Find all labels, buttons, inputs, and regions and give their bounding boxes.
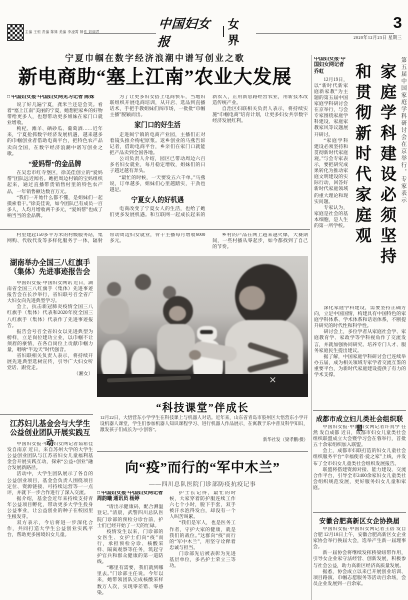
photo-caption: 12月22日，大悟营东小学学生在科技课上与机器人对话。近年来，山东省青岛市胶州区…: [100, 415, 308, 435]
section-title: 女界: [228, 16, 254, 48]
qr-code: [7, 24, 24, 41]
lead-article-body: □ 中国妇女报·中国妇女网见习记者 陈姝说了好几遍宁夏，龚米兰还是会笑。看着“塞…: [7, 95, 308, 226]
paragraph: 中国妇女报·中国妇女网记者茹希佳 发自南京 近日，来自苏州大学的大学生公益创业团…: [7, 442, 93, 472]
photo-credit: 新华社发（梁孝鹏/摄）: [100, 437, 308, 443]
divider: [97, 451, 308, 452]
photo-tape-x: ✕: [269, 376, 277, 386]
masthead: 中国妇女报 女界: [158, 24, 254, 39]
photo-shape: [239, 286, 265, 310]
paragraph: 据介绍，基金会近年来持续支持青年公益项目孵化，带动更多大学生投身公益事业，让公益…: [7, 497, 93, 521]
sub-headline: 宁夏女人的好机遇: [110, 197, 206, 205]
divider: [0, 414, 93, 415]
masthead-logo: 中国妇女报: [157, 14, 220, 50]
news-photo: ✕: [97, 256, 308, 397]
hunan-article-body: 中国妇女报·中国妇女网讯 近日，湖南省全国三八红旗手（集体）先进事迹报告会在长沙…: [7, 281, 93, 407]
hunan-headline: 湖南举办全国三八红旗手（集体）先进事迹报告会: [7, 258, 93, 277]
byline: 中国妇女报·中国妇女网记者 乔虹: [314, 57, 348, 76]
paragraph: 公司负责人介绍，园区已带动周边六百多名妇女就业，每月稳定增收，姐妹们的日子越过越…: [110, 157, 206, 175]
photo-caption-title: “科技课堂”伴成长: [97, 400, 308, 415]
paragraph: 据悉，协会成立以来已开展创业培训、项目路演、巾帼志愿服务等活动百余场，会员企业发…: [313, 570, 406, 588]
paragraph: 深化家庭学科建设，需要坚持正确方向，立足中国国情，构建具有中国特色的家庭学科体系…: [314, 306, 406, 330]
byline: □ 中国妇女报·中国妇女网见习记者 陈姝: [7, 95, 103, 101]
paragraph: 报告会号召全省妇女以先进典型为榜样，立足岗位建功立业，以巾帼不让须眉的豪情，在各…: [7, 330, 93, 354]
family-article-body-wide: 深化家庭学科建设，需要坚持正确方向，立足中国国情，构建具有中国特色的家庭学科体系…: [314, 306, 406, 406]
page-date: 2020年12月23日 星期三: [298, 35, 402, 41]
paragraph: 活动中，大学生团队展示了各自的公益创业项目，基金会负责人围绕项目定位、资源链接、…: [7, 472, 93, 496]
family-headline-vertical: 家庭学科建设必须坚持和贯彻新时代家庭观: [349, 63, 399, 269]
divider: [0, 229, 310, 230]
paragraph: 枸杞、滩羊、硒砂瓜、葡萄酒……近年来，宁夏抢抓数字经济发展机遇，越来越多的巾帼创…: [7, 127, 103, 157]
photo-shape: [99, 298, 129, 334]
photo-shape: [189, 350, 201, 360]
lead-headline: 新电商助“塞上江南”农业大发展: [0, 62, 310, 89]
paragraph: 说了好几遍宁夏，龚米兰还是会笑。看着“塞上江南”美丽的宁夏，她想把家乡的好物带给…: [7, 103, 103, 127]
paragraph: 中国妇女报·中国妇女网讯 近日，湖南省全国三八红旗手（集体）先进事迹报告会在长沙…: [7, 281, 93, 305]
mulan-headline: 向“疫”而行的“军中木兰”: [97, 456, 308, 476]
paragraph: “最忙的时候，一天要发五六千单。”马燕说，订单越多，姐妹们心里越踏实，干劲也越足…: [110, 176, 206, 194]
paragraph: 12月19日，以“新时代新家庭新家教”为主题的第五届中国家庭学科研讨会在京举行，…: [314, 78, 348, 139]
hefei-headline: 安徽合肥高新区女企协换届: [313, 516, 406, 525]
chengdu-article-body: 中国妇女报·中国妇女网记者许真学 任然 发自成都 近日，成都市妇女儿童类社会组织…: [313, 425, 406, 509]
paragraph: 走进闽宁镇的电商产业园，主播们正对着镜头推介枸杞原浆。返乡创业的马燕告诉记者，借…: [110, 133, 206, 157]
byline: □ 中国妇女报·中国妇女网记者 周韵曦 通讯员 杨婷: [97, 491, 163, 504]
masthead-divider: [223, 26, 224, 37]
paragraph: 研讨会上，多位学者从家庭社会学、家庭教育学、家政学等学科视角作了交流发言，并就加…: [314, 330, 406, 354]
lead-article-body-continued: 村里建起150多平方米的村级服务站，集网购、代收代发等多样化服务于一体，辐射带动…: [7, 233, 308, 253]
paragraph: 在吴忠市红寺堡区，徐美佳创立的“爱妈帮”团队远近闻名。她把周边村镇的宝妈组织起来…: [7, 171, 103, 195]
family-kicker-vertical: 第五届中国家庭学科研讨会在京举行，专家表示: [399, 57, 407, 269]
paragraph: 会上，抗击新冠肺炎疫情全国三八红旗手（集体）代表和2020年度全国三八红旗手（集…: [7, 305, 93, 329]
page-number: 3: [374, 15, 402, 33]
paragraph: “哪里有需要，我们就到哪里去。”门诊部主任说。今年以来，她带领团队完成核酸采样数…: [97, 566, 163, 596]
paragraph: 据了解，中国家庭学科研讨会已连续举办五届，成为相关领域专家学者交流互鉴的重要平台…: [314, 355, 406, 379]
photo-shape: [107, 282, 121, 296]
paragraph: “请出示健康码，配合测温登记。”清晨，武警四川总队医院门诊部的预检分诊台前，护士…: [97, 505, 163, 529]
mulan-article-body: □ 中国妇女报·中国妇女网记者 周韵曦 通讯员 杨婷“请出示健康码，配合测温登记…: [97, 491, 308, 598]
paragraph: 村里建起150多平方米的村级服务站，集网购、代收代发等多样化服务于一体，辐射带动…: [7, 233, 205, 253]
paragraph: 双方表示，今后将进一步深化合作，共同打造大学生公益创业实践平台，帮助更多困境妇女…: [7, 521, 93, 539]
photo-shape: [169, 306, 186, 321]
paragraph: 新一届协会将继续发挥桥梁纽带作用，引导女企业家守法经营、创新发展，积极参与社会公…: [313, 551, 406, 569]
newspaper-page: 主编 王恒 责编 陈姝 美编 李凌霄 制作 刘丽君 中国妇女报 女界 3 202…: [0, 0, 408, 600]
paragraph: “我们一开始什么都不懂，是姐妹们一起摸索着干。”徐美佳说，如今团队已有成员一百多…: [7, 196, 103, 220]
paragraph: 联盟将搭建资源对接、能力建设、交流合作平台，引导全市2400余家妇女儿童类社会组…: [313, 468, 406, 492]
family-article-body-narrow: 中国妇女报·中国妇女网记者 乔虹12月19日，以“新时代新家庭新家教”为主题的第…: [314, 57, 348, 303]
sub-headline: 家门口的好生活: [110, 122, 206, 130]
paragraph: 中国妇女报·中国妇女网记者许真学 任然 发自成都 近日，成都市妇女儿童类社会组织…: [313, 425, 406, 449]
header-rule-left: [84, 33, 156, 34]
paragraph: 为了让更多妇女搭上电商快车，当地妇联组织开展电商培训，从开店、选品到直播话术，手…: [110, 95, 206, 119]
mulan-subtitle: ——四川总队医院门诊部防疫抗疫记事: [97, 479, 308, 488]
staff-credits: 主编 王恒 责编 陈姝 美编 李凌霄 制作 刘丽君: [25, 30, 83, 34]
hefei-article-body: 中国妇女报·中国妇女网记者王蓓 发自合肥 12月18日上午，安徽合肥高新区女企业…: [313, 527, 406, 598]
paragraph: 省妇联相关负责人表示，将持续开展先进典型选树宣传，引导广大妇女听党话、跟党走。: [7, 354, 93, 372]
photo-robot-visor: [200, 330, 213, 334]
jiangsu-article-body: 中国妇女报·中国妇女网记者茹希佳 发自南京 近日，来自苏州大学的大学生公益创业团…: [7, 442, 93, 598]
paragraph: “家庭学科建设必须坚持和贯彻新时代家庭观。”与会专家表示，要把研究成果转化为推动…: [314, 139, 348, 206]
photo-shape: [157, 324, 195, 370]
header-rule-right: [256, 33, 394, 34]
paragraph: （湘女）: [7, 372, 93, 378]
paragraph: 专家认为，家庭是社会的基本细胞，是人生的第一所学校。: [314, 206, 348, 230]
paragraph: “我们是军人，也是医务工作者，守护大家的健康，就是我们的战位。”这群向“疫”而行…: [169, 521, 235, 551]
paragraph: 疫情发生以来，门诊部的女医生、女护士们向“疫”而行，承担预检分诊、核酸采样、隔离…: [97, 530, 163, 567]
divider: [313, 410, 406, 411]
paragraph: 会上，成都市妇联打造的妇女儿童社会组织服务平台“幸福使者·爱之家”上线，并发布了…: [313, 449, 406, 467]
photo-shape: [135, 274, 151, 290]
paragraph: 门诊部先后被表彰为先进基层单位，多名护士荣立三等功。: [169, 552, 235, 570]
paragraph: 中国妇女报·中国妇女网记者王蓓 发自合肥 12月18日上午，安徽合肥高新区女企业…: [313, 527, 406, 551]
divider: [313, 512, 406, 513]
paragraph: 护士长记得，最忙的时候，大家穿着防护服连续工作六七个小时，脱下手套，双手被汗水泡…: [169, 491, 235, 521]
sub-headline: “爱妈帮”的金品牌: [7, 161, 103, 169]
paragraph: 乡村的产品在网上越来越火爆，大赛期间，一些村播从零起步，如今都找到了自己的节奏。: [212, 233, 308, 251]
column-rule: [311, 55, 312, 600]
paragraph: 自治区妇联相关负责人表示，将持续实施“巾帼电商”培育计划，让更多妇女共享数字经济…: [212, 107, 308, 125]
